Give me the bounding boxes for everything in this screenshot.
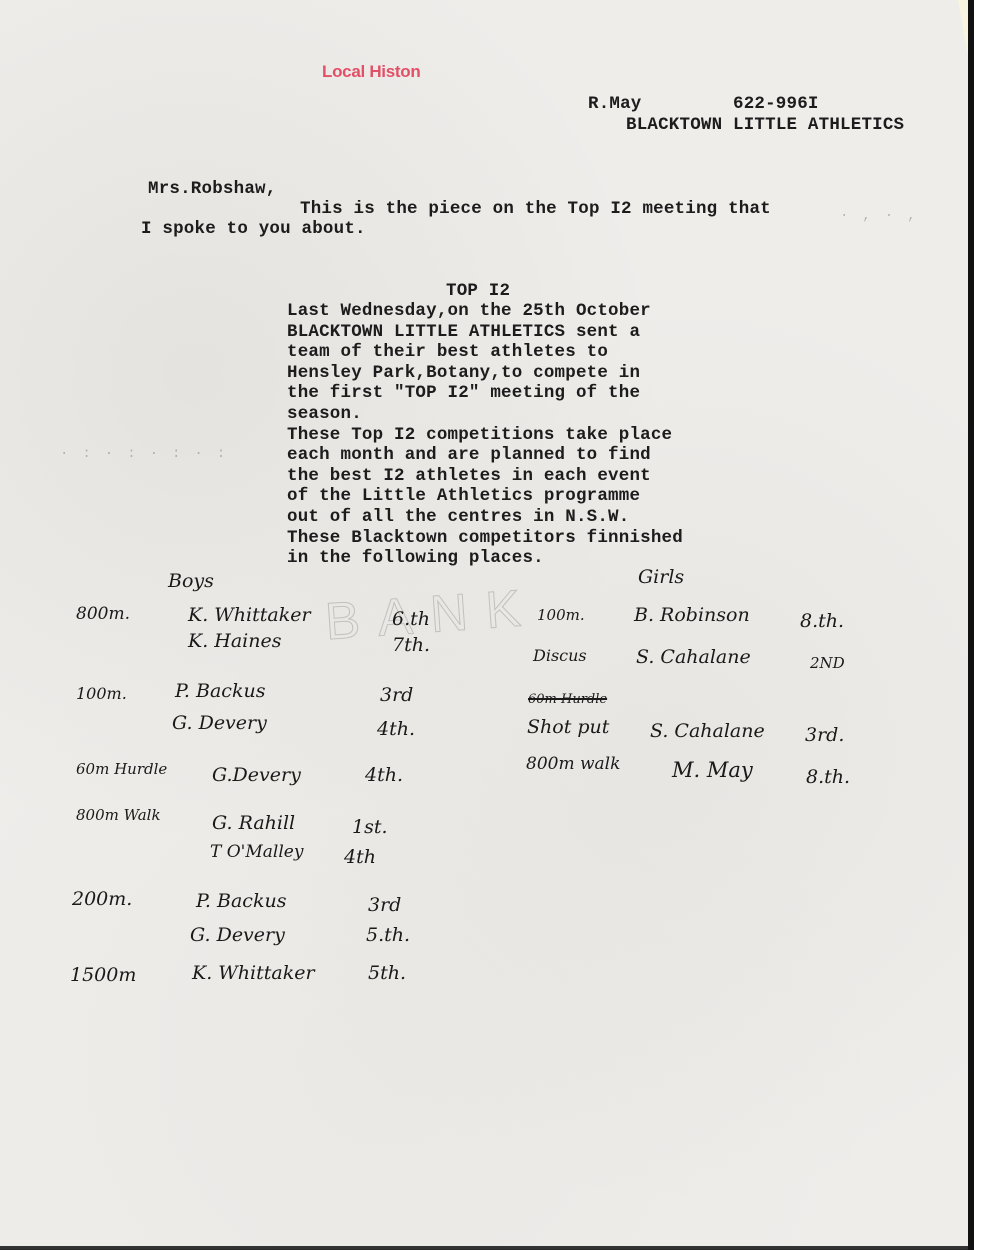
article-line: each month and are planned to find — [287, 445, 683, 466]
place: 4th. — [377, 718, 415, 740]
place: 6.th — [392, 608, 430, 630]
article-line: These Top I2 competitions take place — [287, 425, 683, 446]
event: 800m walk — [526, 754, 620, 774]
article-line: season. — [287, 404, 683, 425]
athlete-name: G. Devery — [190, 924, 285, 946]
document-page: Local Histon R.May 622-996I BLACKTOWN LI… — [0, 0, 968, 1249]
salutation: Mrs.Robshaw, — [148, 179, 276, 200]
article-line: team of their best athletes to — [287, 342, 683, 363]
athlete-name: B. Robinson — [634, 604, 750, 626]
sender-phone: 622-996I — [733, 94, 819, 115]
athlete-name: T O'Malley — [210, 842, 303, 862]
bank-watermark: BANK — [323, 578, 540, 653]
event: 1500m — [70, 964, 136, 986]
place: 4th — [344, 846, 376, 868]
place: 8.th. — [806, 766, 850, 788]
organisation-name: BLACKTOWN LITTLE ATHLETICS — [626, 115, 904, 136]
place: 8.th. — [800, 610, 844, 632]
article-line: in the following places. — [287, 548, 683, 569]
athlete-name: S. Cahalane — [636, 646, 751, 668]
letter-line-1: This is the piece on the Top I2 meeting … — [300, 199, 771, 220]
place: 4th. — [365, 764, 403, 786]
place: 1st. — [352, 816, 388, 838]
article-line: the first "TOP I2" meeting of the — [287, 383, 683, 404]
article-title: TOP I2 — [446, 281, 510, 302]
article-line: Hensley Park,Botany,to compete in — [287, 363, 683, 384]
place: 3rd — [380, 684, 413, 706]
athlete-name: M. May — [672, 758, 753, 782]
faint-marks: ·:·:·:·: — [60, 446, 239, 462]
place: 2ND — [810, 654, 845, 672]
sender-name: R.May — [588, 94, 642, 115]
event: Discus — [533, 646, 587, 665]
article-line: These Blacktown competitors finnished — [287, 528, 683, 549]
athlete-name: K. Whittaker — [192, 962, 315, 984]
article-line: of the Little Athletics programme — [287, 486, 683, 507]
event: 200m. — [72, 888, 132, 910]
place: 7th. — [392, 634, 430, 656]
place: 3rd — [368, 894, 401, 916]
place: 3rd. — [805, 724, 844, 746]
place: 5th. — [368, 962, 406, 984]
athlete-name: G. Rahill — [212, 812, 295, 834]
athlete-name: K. Haines — [188, 630, 281, 652]
faint-marks: ·,·, — [840, 208, 930, 224]
event: 100m. — [537, 606, 585, 624]
athlete-name: S. Cahalane — [650, 720, 765, 742]
scan-right-border — [968, 0, 999, 1250]
athlete-name: P. Backus — [175, 680, 265, 702]
athlete-name: K. Whittaker — [188, 604, 311, 626]
boys-heading: Boys — [168, 570, 214, 592]
article-line: BLACKTOWN LITTLE ATHLETICS sent a — [287, 322, 683, 343]
article-line: out of all the centres in N.S.W. — [287, 507, 683, 528]
event: 800m. — [76, 604, 130, 624]
event: 60m Hurdle — [76, 760, 167, 778]
girls-heading: Girls — [638, 566, 684, 588]
local-history-stamp: Local Histon — [322, 62, 420, 82]
athlete-name: P. Backus — [196, 890, 286, 912]
event: Shot put — [527, 716, 609, 738]
letter-line-2: I spoke to you about. — [141, 219, 366, 240]
athlete-name: G. Devery — [172, 712, 267, 734]
article-body: Last Wednesday,on the 25th October BLACK… — [287, 301, 683, 569]
event: 800m Walk — [76, 806, 161, 824]
struck-event-label: 60m Hurdle — [528, 692, 607, 707]
article-line: Last Wednesday,on the 25th October — [287, 301, 683, 322]
event: 100m. — [76, 684, 127, 703]
article-line: the best I2 athletes in each event — [287, 466, 683, 487]
place: 5.th. — [366, 924, 410, 946]
athlete-name: G.Devery — [212, 764, 301, 786]
